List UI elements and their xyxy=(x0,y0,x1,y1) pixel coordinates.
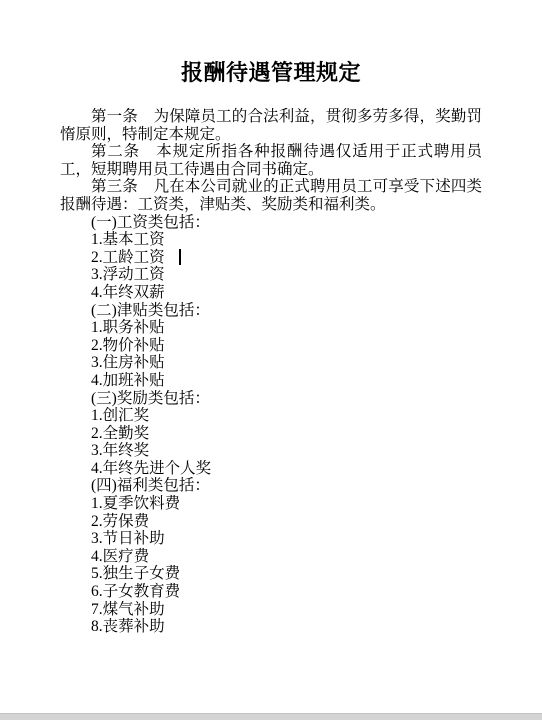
clause-paragraph-3: 第三条 凡在本公司就业的正式聘用员工可享受下述四类报酬待遇：工资类，津贴类、奖励… xyxy=(60,178,482,213)
list-item: 2.全勤奖 xyxy=(60,425,482,443)
clause-paragraph-2: 第二条 本规定所指各种报酬待遇仅适用于正式聘用员工，短期聘用员工待遇由合同书确定… xyxy=(60,143,482,178)
list-item: 1.创汇奖 xyxy=(60,407,482,425)
category-heading-salary: (一)工资类包括： xyxy=(60,214,482,232)
text-cursor xyxy=(179,249,181,265)
list-item: 3.浮动工资 xyxy=(60,266,482,284)
list-item-with-cursor: 2.工龄工资 xyxy=(60,249,482,267)
list-item: 1.职务补贴 xyxy=(60,319,482,337)
list-item: 3.年终奖 xyxy=(60,442,482,460)
list-item: 4.年终先进个人奖 xyxy=(60,460,482,478)
list-item: 5.独生子女费 xyxy=(60,565,482,583)
list-item: 4.年终双薪 xyxy=(60,284,482,302)
clause-paragraph-1: 第一条 为保障员工的合法利益，贯彻多劳多得，奖勤罚惰原则，特制定本规定。 xyxy=(60,108,482,143)
category-heading-reward: (三)奖励类包括： xyxy=(60,390,482,408)
list-item: 8.丧葬补助 xyxy=(60,618,482,636)
category-heading-allowance: (二)津贴类包括： xyxy=(60,302,482,320)
list-item-text: 2.工龄工资 xyxy=(91,249,165,266)
document-window: 报酬待遇管理规定 第一条 为保障员工的合法利益，贯彻多劳多得，奖勤罚惰原则，特制… xyxy=(0,0,542,720)
list-item: 4.医疗费 xyxy=(60,548,482,566)
list-item: 7.煤气补助 xyxy=(60,601,482,619)
category-heading-welfare: (四)福利类包括： xyxy=(60,477,482,495)
list-item: 1.基本工资 xyxy=(60,231,482,249)
document-title: 报酬待遇管理规定 xyxy=(60,58,482,88)
document-text-area[interactable]: 报酬待遇管理规定 第一条 为保障员工的合法利益，贯彻多劳多得，奖勤罚惰原则，特制… xyxy=(0,0,542,636)
list-item: 3.住房补贴 xyxy=(60,354,482,372)
list-item: 2.物价补贴 xyxy=(60,337,482,355)
list-item: 4.加班补贴 xyxy=(60,372,482,390)
list-item: 2.劳保费 xyxy=(60,513,482,531)
list-item: 1.夏季饮料费 xyxy=(60,495,482,513)
window-bottom-edge-bar xyxy=(0,713,542,720)
list-item: 6.子女教育费 xyxy=(60,583,482,601)
list-item: 3.节日补助 xyxy=(60,530,482,548)
